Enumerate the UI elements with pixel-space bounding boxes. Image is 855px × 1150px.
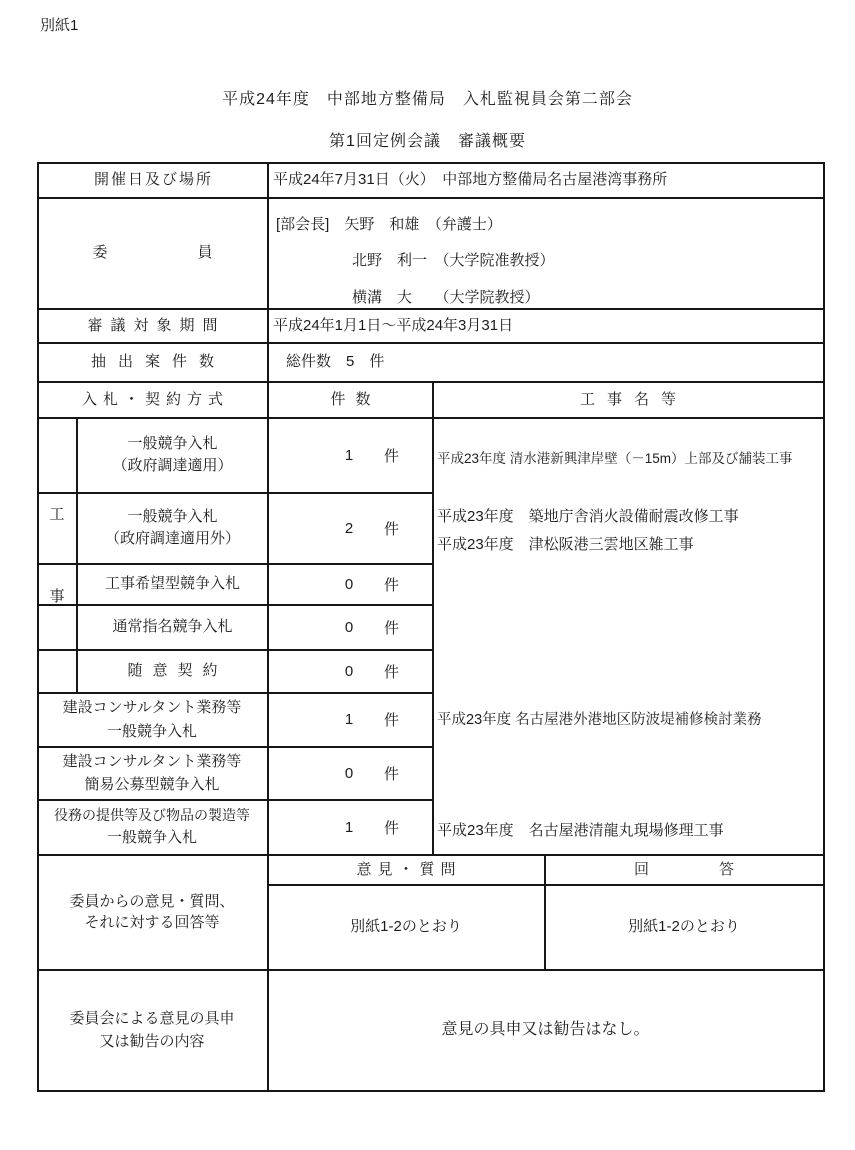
count-number: 2 — [342, 520, 356, 537]
table-line — [37, 1090, 825, 1092]
method-row-label: 建設コンサルタント業務等 一般競争入札 — [37, 693, 267, 746]
recommendation-label-line2: 又は勧告の内容 — [99, 1030, 204, 1053]
document-title: 平成24年度 中部地方整備局 入札監視員会第二部会 — [0, 86, 855, 109]
method-label-line1: 一般競争入札 — [127, 433, 217, 455]
group-label-char2: 事 — [49, 586, 64, 608]
work-name: 平成23年度 名古屋港外港地区防波堤補修検討業務 — [437, 708, 762, 729]
recommendation-label-line1: 委員会による意見の具申 — [69, 1007, 234, 1030]
extracted-value-cell: 総件数 5 件 — [286, 343, 821, 381]
method-label-line1: 役務の提供等及び物品の製造等 — [54, 804, 250, 826]
count-number: 1 — [342, 819, 356, 836]
answer-value-cell: 別紙1-2のとおり — [545, 885, 823, 969]
recommendation-value-cell: 意見の具申又は勧告はなし。 — [268, 970, 823, 1090]
answer-header-char2: 答 — [719, 859, 734, 881]
header-works-cell: 工事名等 — [433, 382, 823, 417]
method-row-label: 一般競争入札 （政府調達適用外） — [78, 493, 267, 563]
count-number: 1 — [342, 447, 356, 464]
count-cell: 1 件 — [268, 418, 433, 492]
period-label-cell: 審議対象期間 — [37, 309, 268, 342]
count-cell: 0 件 — [268, 747, 433, 799]
method-label-line2: 一般競争入札 — [107, 826, 197, 850]
date-place-label-cell: 開催日及び場所 — [37, 163, 268, 197]
period-label: 審議対象期間 — [87, 315, 225, 337]
header-method-cell: 入札・契約方式 — [37, 382, 268, 417]
count-cell: 1 件 — [268, 800, 433, 854]
method-label-line1: 建設コンサルタント業務等 — [63, 696, 242, 719]
opinions-label-line2: それに対する回答等 — [84, 912, 219, 933]
document-page: 別紙1 平成24年度 中部地方整備局 入札監視員会第二部会 第1回定例会議 審議… — [0, 0, 855, 1150]
group-label-char1: 工 — [49, 504, 64, 526]
method-row-label: 随意契約 — [78, 650, 267, 692]
method-label-line1: 工事希望型競争入札 — [105, 573, 240, 595]
method-label-line1: 随意契約 — [127, 660, 227, 682]
members-label-char1: 委 — [92, 242, 107, 264]
header-method: 入札・契約方式 — [82, 389, 229, 411]
method-label-line2: 一般競争入札 — [107, 720, 197, 743]
work-name: 平成23年度 清水港新興津岸壁（－15m）上部及び舗装工事 — [437, 447, 793, 467]
members-label-char2: 員 — [198, 242, 213, 264]
opinions-label-cell: 委員からの意見・質問、 それに対する回答等 — [37, 855, 267, 969]
count-unit: 件 — [384, 518, 399, 539]
method-row-label: 工事希望型競争入札 — [78, 564, 267, 604]
method-row-label: 役務の提供等及び物品の製造等 一般競争入札 — [37, 800, 267, 854]
count-unit: 件 — [384, 817, 399, 838]
count-unit: 件 — [384, 661, 399, 682]
document-subtitle: 第1回定例会議 審議概要 — [0, 128, 855, 151]
member-line: 横溝 大 （大学院教授） — [352, 286, 540, 307]
method-row-label: 一般競争入札 （政府調達適用） — [78, 418, 267, 492]
extracted-label-cell: 抽出案件数 — [37, 343, 268, 381]
method-label-line2: （政府調達適用外） — [105, 528, 240, 550]
header-count: 件数 — [330, 389, 380, 411]
question-value-cell: 別紙1-2のとおり — [268, 885, 544, 969]
question-header: 意見・質問 — [356, 859, 461, 881]
answer-value: 別紙1-2のとおり — [628, 916, 740, 938]
member-line: 北野 利一 （大学院准教授） — [352, 249, 555, 270]
member-line: [部会長] 矢野 和雄 （弁護士） — [276, 213, 502, 234]
members-label-cell: 委 員 — [37, 198, 268, 308]
opinions-label-line1: 委員からの意見・質問、 — [69, 891, 234, 912]
work-name: 平成23年度 津松阪港三雲地区雑工事 — [437, 533, 694, 554]
count-unit: 件 — [384, 445, 399, 466]
answer-header-char1: 回 — [634, 859, 649, 881]
work-name: 平成23年度 築地庁舎消火設備耐震改修工事 — [437, 505, 739, 526]
attachment-tag: 別紙1 — [40, 14, 78, 35]
method-row-label: 通常指名競争入札 — [78, 605, 267, 649]
date-place-value-cell: 平成24年7月31日（火） 中部地方整備局名古屋港湾事務所 — [273, 163, 821, 197]
count-unit: 件 — [384, 709, 399, 730]
recommendation-label-cell: 委員会による意見の具申 又は勧告の内容 — [37, 970, 267, 1090]
question-header-cell: 意見・質問 — [268, 855, 544, 884]
period-value: 平成24年1月1日～平成24年3月31日 — [273, 315, 513, 337]
period-value-cell: 平成24年1月1日～平成24年3月31日 — [273, 309, 821, 342]
count-cell: 0 件 — [268, 605, 433, 649]
count-number: 0 — [342, 576, 356, 593]
count-unit: 件 — [384, 617, 399, 638]
method-label-line2: （政府調達適用） — [112, 455, 232, 477]
extracted-label: 抽出案件数 — [91, 351, 226, 373]
count-number: 0 — [342, 663, 356, 680]
count-cell: 0 件 — [268, 650, 433, 692]
header-works: 工事名等 — [580, 389, 688, 411]
construction-group-label-cell: 工 事 — [37, 418, 77, 693]
count-number: 0 — [342, 765, 356, 782]
answer-header-cell: 回 答 — [545, 855, 823, 884]
extracted-value: 総件数 5 件 — [286, 351, 384, 373]
count-number: 0 — [342, 619, 356, 636]
date-place-label: 開催日及び場所 — [94, 169, 213, 191]
method-label-line1: 通常指名競争入札 — [112, 616, 232, 638]
method-label-line1: 建設コンサルタント業務等 — [63, 750, 242, 773]
count-cell: 0 件 — [268, 564, 433, 604]
count-cell: 1 件 — [268, 693, 433, 746]
count-unit: 件 — [384, 763, 399, 784]
date-place-value: 平成24年7月31日（火） 中部地方整備局名古屋港湾事務所 — [273, 169, 667, 191]
count-unit: 件 — [384, 574, 399, 595]
table-line — [823, 162, 825, 1092]
method-label-line2: 簡易公募型競争入札 — [84, 773, 219, 796]
count-cell: 2 件 — [268, 493, 433, 563]
work-name: 平成23年度 名古屋港清龍丸現場修理工事 — [437, 819, 724, 840]
method-row-label: 建設コンサルタント業務等 簡易公募型競争入札 — [37, 747, 267, 799]
question-value: 別紙1-2のとおり — [350, 916, 462, 938]
count-number: 1 — [342, 711, 356, 728]
header-count-cell: 件数 — [268, 382, 433, 417]
recommendation-value: 意見の具申又は勧告はなし。 — [441, 1018, 649, 1041]
method-label-line1: 一般競争入札 — [127, 506, 217, 528]
